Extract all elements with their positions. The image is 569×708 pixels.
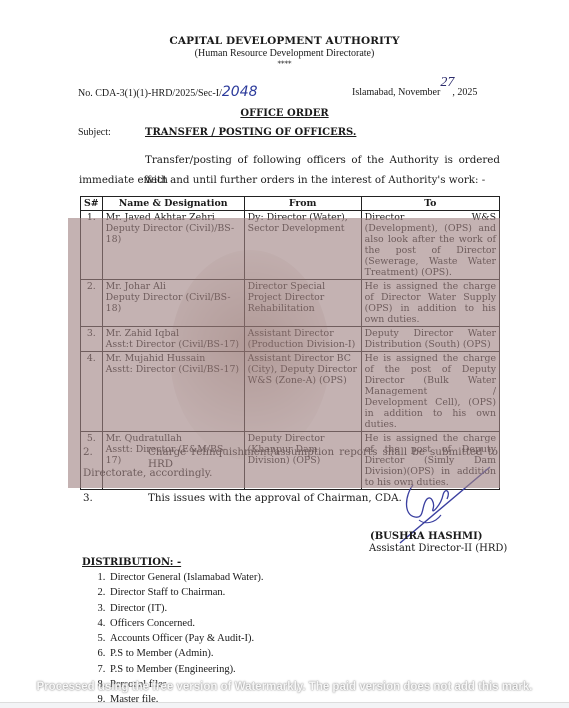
table-row: 2.Mr. Johar AliDeputy Director (Civil/BS… [81, 280, 500, 327]
officer-designation: Asst:t Director (Civil/BS-17) [106, 339, 241, 350]
cell-sn: 4. [81, 352, 103, 432]
paragraph-3-number: 3. [83, 492, 93, 504]
reference-number: No. CDA-3(1)(1)-HRD/2025/Sec-I/2048 [78, 84, 258, 100]
signatory-name: (BUSHRA HASHMI) [370, 531, 482, 542]
table-row: 1.Mr. Javed Akhtar ZehriDeputy Director … [81, 211, 500, 280]
place-date-prefix: Islamabad, November [352, 87, 440, 98]
column-header-name: Name & Designation [102, 197, 244, 211]
subject-label: Subject: [78, 127, 111, 138]
table-row: 4.Mr. Mujahid HussainAsstt: Director (Ci… [81, 352, 500, 432]
cell-from: Assistant Director BC (City), Deputy Dir… [244, 352, 361, 432]
distribution-item: Director General (Islamabad Water). [108, 570, 263, 585]
officer-designation: Deputy Director (Civil/BS-18) [106, 292, 241, 314]
page-bottom-edge [0, 702, 569, 708]
header-separator: **** [0, 60, 569, 68]
column-header-from: From [244, 197, 361, 211]
cell-to: Deputy Director Water Distribution (Sout… [361, 327, 499, 352]
distribution-item: Director Staff to Chairman. [108, 585, 263, 600]
officer-designation: Asstt: Director (Civil/BS-17) [106, 364, 241, 375]
officer-name: Mr. Qudratullah [106, 433, 241, 444]
day-handwritten: 27 [440, 75, 454, 90]
organization-name: CAPITAL DEVELOPMENT AUTHORITY [0, 35, 569, 47]
officer-designation: Deputy Director (Civil)/BS-18) [106, 223, 241, 245]
cell-to: He is assigned the charge of Director Wa… [361, 280, 499, 327]
cell-sn: 3. [81, 327, 103, 352]
cell-to: Director W&S (Development), (OPS) and al… [361, 211, 499, 280]
directorate-name: (Human Resource Development Directorate) [0, 48, 569, 59]
cell-sn: 5. [81, 432, 103, 490]
column-header-sn: S# [81, 197, 103, 211]
cell-from: Assistant Director (Production Division-… [244, 327, 361, 352]
table-row: 3.Mr. Zahid IqbalAsst:t Director (Civil/… [81, 327, 500, 352]
cell-name-designation: Mr. Mujahid HussainAsstt: Director (Civi… [102, 352, 244, 432]
officer-name: Mr. Mujahid Hussain [106, 353, 241, 364]
watermark-text: Processed using the free version of Wate… [0, 681, 569, 693]
cell-from: Dy: Director (Water), Sector Development [244, 211, 361, 280]
subject-text: TRANSFER / POSTING OF OFFICERS. [145, 127, 356, 138]
cell-name-designation: Mr. Johar AliDeputy Director (Civil/BS-1… [102, 280, 244, 327]
column-header-to: To [361, 197, 499, 211]
cell-to: He is assigned the charge of the post of… [361, 352, 499, 432]
officer-name: Mr. Javed Akhtar Zehri [106, 212, 241, 223]
reference-number-handwritten: 2048 [222, 84, 258, 100]
distribution-item: P.S to Member (Engineering). [108, 662, 263, 677]
paragraph-2-line-2: Directorate, accordingly. [83, 467, 212, 479]
cell-name-designation: Mr. Zahid IqbalAsst:t Director (Civil/BS… [102, 327, 244, 352]
distribution-item: Accounts Officer (Pay & Audit-I). [108, 631, 263, 646]
intro-line-2: immediate effect and until further order… [79, 170, 485, 190]
paragraph-2-number: 2. [83, 446, 93, 458]
reference-number-prefix: No. CDA-3(1)(1)-HRD/2025/Sec-I/ [78, 88, 222, 99]
cell-name-designation: Mr. Javed Akhtar ZehriDeputy Director (C… [102, 211, 244, 280]
distribution-item: P.S to Member (Admin). [108, 646, 263, 661]
distribution-item: Director (IT). [108, 601, 263, 616]
year-suffix: , 2025 [452, 87, 477, 98]
table-header-row: S# Name & Designation From To [81, 197, 500, 211]
place-and-date: Islamabad, November27, 2025 [352, 84, 477, 100]
officer-name: Mr. Johar Ali [106, 281, 241, 292]
cell-from: Director Special Project Director Rehabi… [244, 280, 361, 327]
officer-name: Mr. Zahid Iqbal [106, 328, 241, 339]
distribution-item: Officers Concerned. [108, 616, 263, 631]
document-title: OFFICE ORDER [0, 108, 569, 119]
paragraph-3-text: This issues with the approval of Chairma… [148, 492, 402, 504]
distribution-heading: DISTRIBUTION: - [82, 557, 181, 568]
cell-sn: 1. [81, 211, 103, 280]
signatory-title: Assistant Director-II (HRD) [369, 543, 507, 554]
office-order-document: CAPITAL DEVELOPMENT AUTHORITY (Human Res… [0, 0, 569, 708]
cell-sn: 2. [81, 280, 103, 327]
